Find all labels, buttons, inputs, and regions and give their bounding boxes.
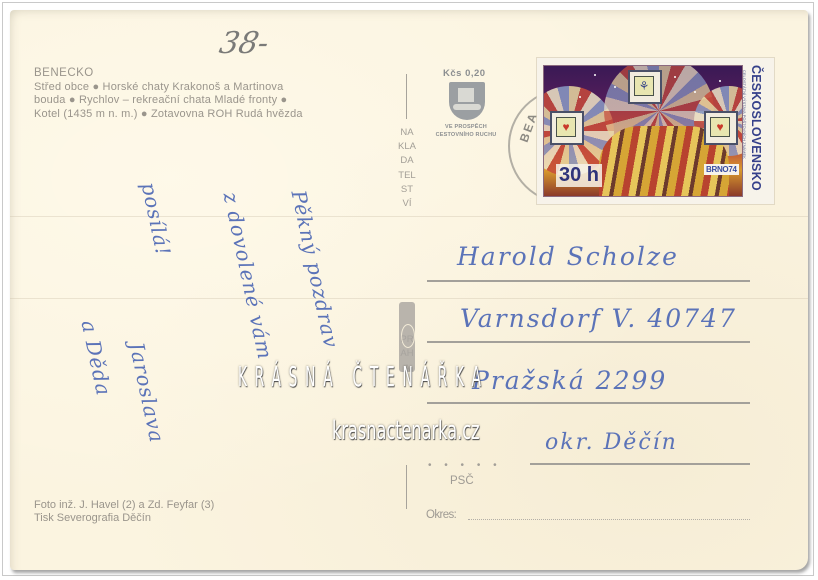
okres-dotted-line (468, 519, 750, 520)
fee-text: VE PROSPĚCH CESTOVNÍHO RUCHU (435, 123, 497, 139)
okres-label: Okres: (426, 509, 456, 521)
message-line: a Děda (77, 318, 116, 398)
print-credit: Tisk Severografia Děčín (34, 512, 214, 525)
publisher-name: NAKLADATELSTVÍ (398, 126, 416, 211)
address-rule (427, 402, 750, 404)
stamp-artwork: ⚘ ♥ ♥ 30 h BRNO74 (543, 65, 743, 197)
divider-line (406, 465, 407, 509)
photo-caption: BENECKO Střed obce ● Horské chaty Krakon… (34, 67, 374, 121)
psc-label: PSČ (450, 475, 474, 487)
postcard: 38- BENECKO Střed obce ● Horské chaty Kr… (10, 10, 808, 570)
castle-shield-icon (449, 82, 485, 120)
caption-title: BENECKO (34, 67, 374, 81)
stamp-value: 30 h (556, 164, 602, 187)
caption-line: bouda ● Rychlov – rekreační chata Mladé … (34, 94, 374, 108)
message-line: posílá! (137, 180, 176, 258)
credits: Foto inž. J. Havel (2) a Zd. Feyfar (3) … (34, 499, 214, 525)
message-line: Jaroslava (125, 340, 170, 445)
photo-credit: Foto inž. J. Havel (2) a Zd. Feyfar (3) (34, 499, 214, 512)
miniature-stamp-icon: ⚘ (628, 70, 662, 104)
address-rule (427, 280, 750, 282)
divider-line (406, 74, 407, 119)
caption-line: Kotel (1435 m n. m.) ● Zotavovna ROH Rud… (34, 108, 374, 122)
address-rule (530, 463, 750, 465)
address-line-district: okr. Děčín (545, 430, 678, 455)
handwritten-number: 38- (216, 26, 272, 61)
message-line: Pěkný pozdrav (287, 188, 344, 351)
postage-stamp: ⚘ ♥ ♥ 30 h BRNO74 CELOSTÁTNÍ VÝSTAVA POŠ… (537, 58, 774, 204)
watermark-url: krasnactenarka.cz (332, 416, 480, 446)
address-rule (427, 341, 750, 343)
psc-dots: • • • • • (428, 460, 502, 471)
fee-amount: Kčs 0,20 (443, 68, 486, 79)
address-line-street: Pražská 2299 (472, 366, 667, 395)
caption-line: Střed obce ● Horské chaty Krakonoš a Mar… (34, 81, 374, 95)
stamp-event: BRNO74 (704, 164, 739, 175)
miniature-stamp-icon: ♥ (550, 111, 584, 145)
fee-indicia: Kčs 0,20 VE PROSPĚCH CESTOVNÍHO RUCHU (435, 67, 497, 139)
address-line-name: Harold Scholze (457, 242, 679, 271)
stamp-country: ČESKOSLOVENSKO (744, 65, 768, 197)
watermark-title: KRÁSNÁ ČTENÁŘKA (238, 360, 489, 393)
miniature-stamp-icon: ♥ (704, 111, 738, 145)
address-line-city: Varnsdorf V. 40747 (460, 304, 737, 333)
